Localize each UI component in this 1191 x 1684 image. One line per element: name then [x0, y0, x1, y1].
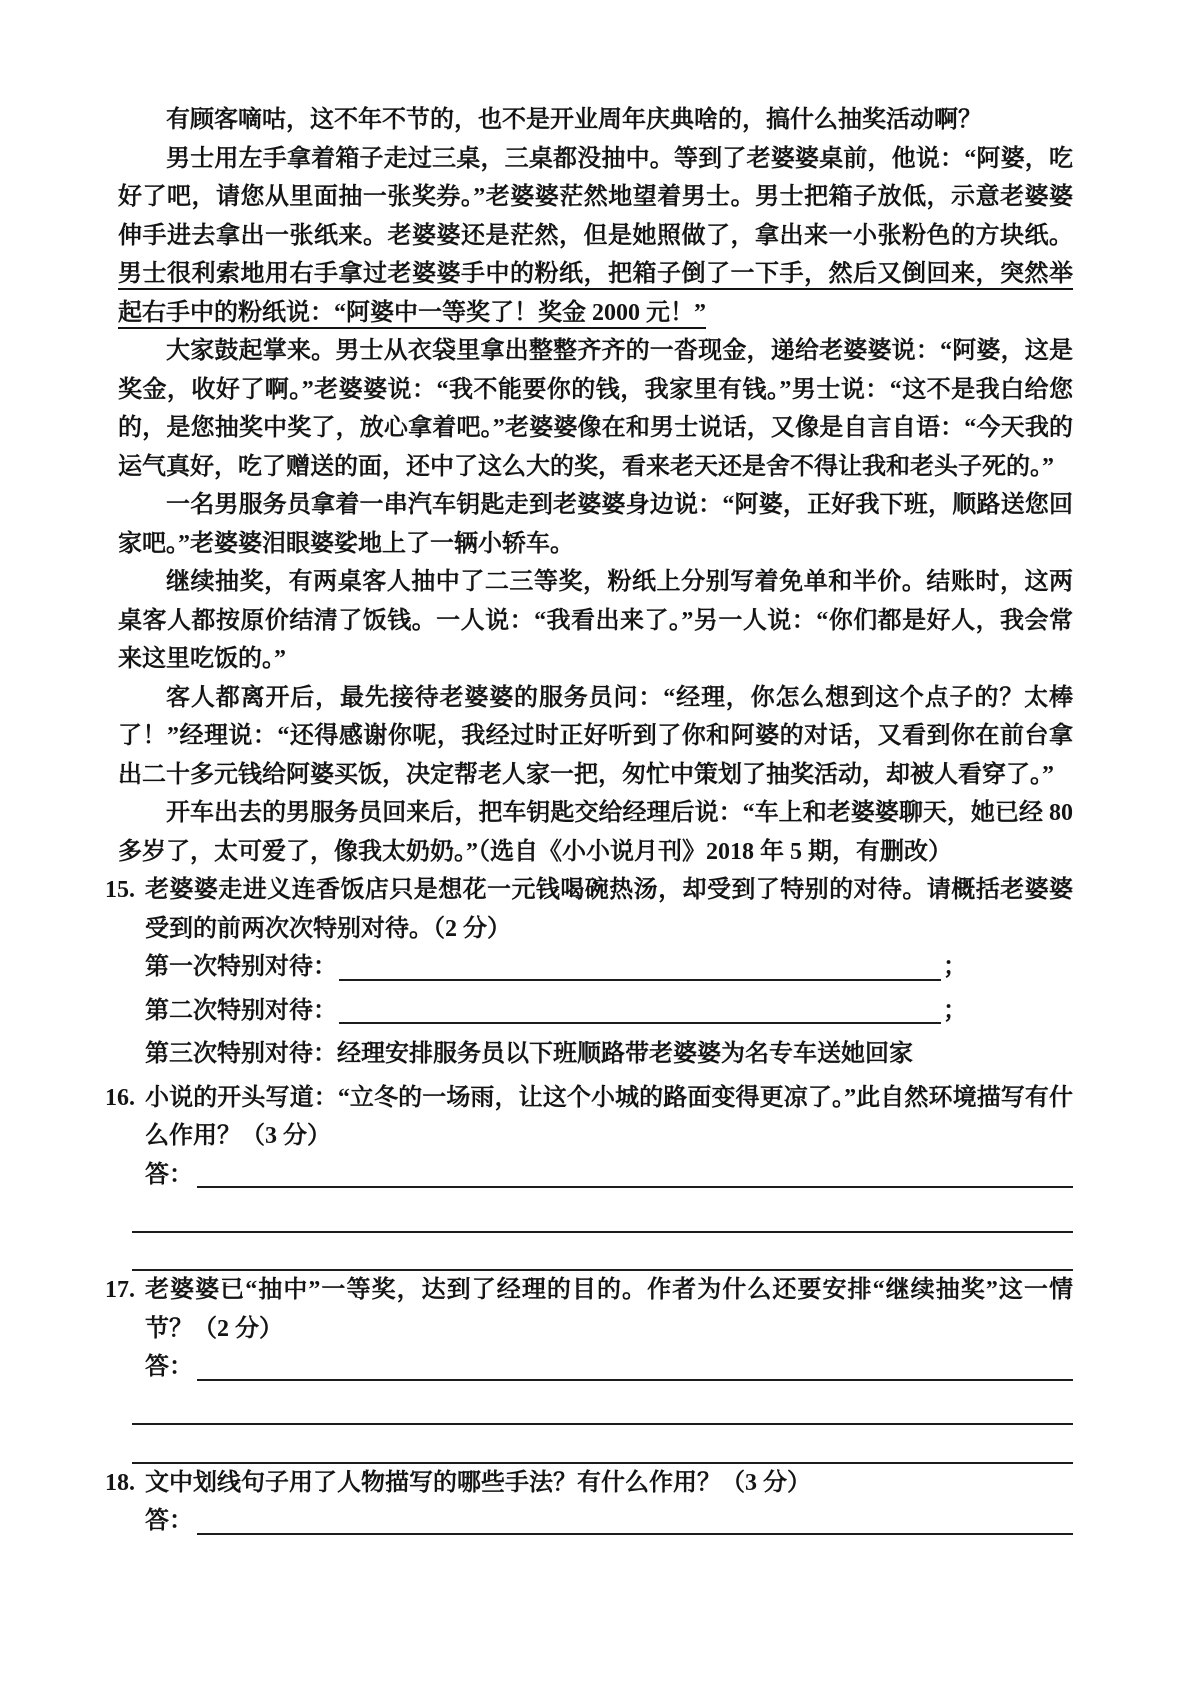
q15-fill-3-label: 第三次特别对待：	[145, 1035, 337, 1074]
q15-fill-1-label: 第一次特别对待：	[145, 948, 337, 987]
q15-fill-2-label: 第二次特别对待：	[145, 992, 337, 1031]
q15-fill-row-2: 第二次特别对待： ；	[145, 992, 967, 1031]
paragraph-text: 男士用左手拿着箱子走过三桌，三桌都没抽中。等到了老婆婆桌前，他说：“阿婆，吃好了…	[118, 146, 1073, 249]
question-18-stem: 18.文中划线句子用了人物描写的哪些手法？有什么作用？（3 分）	[118, 1464, 1073, 1503]
passage-paragraph: 开车出去的男服务员回来后，把车钥匙交给经理后说：“车上和老婆婆聊天，她已经 80…	[118, 794, 1073, 871]
paragraph-text: 一名男服务员拿着一串汽车钥匙走到老婆婆身边说：“阿婆，正好我下班，顺路送您回家吧…	[118, 492, 1073, 557]
question-18: 18.文中划线句子用了人物描写的哪些手法？有什么作用？（3 分） 答：	[118, 1464, 1073, 1541]
q16-answer-blank	[197, 1156, 1073, 1189]
passage-paragraph: 大家鼓起掌来。男士从衣袋里拿出整整齐齐的一沓现金，递给老婆婆说：“阿婆，这是奖金…	[118, 332, 1073, 486]
question-16-text: 小说的开头写道：“立冬的一场雨，让这个小城的路面变得更凉了。”此自然环境描写有什…	[145, 1085, 1073, 1150]
q17-answer-label: 答：	[145, 1348, 193, 1387]
question-17: 17.老婆婆已“抽中”一等奖，达到了经理的目的。作者为什么还要安排“继续抽奖”这…	[118, 1271, 1073, 1464]
question-16: 16.小说的开头写道：“立冬的一场雨，让这个小城的路面变得更凉了。”此自然环境描…	[118, 1079, 1073, 1272]
question-16-number: 16.	[105, 1079, 135, 1118]
q17-answer-line	[132, 1425, 1073, 1464]
q15-fill-2-suffix: ；	[943, 992, 967, 1031]
passage-paragraph: 男士用左手拿着箱子走过三桌，三桌都没抽中。等到了老婆婆桌前，他说：“阿婆，吃好了…	[118, 140, 1073, 333]
reading-passage: 有顾客嘀咕，这不年不节的，也不是开业周年庆典啥的，搞什么抽奖活动啊？ 男士用左手…	[118, 101, 1073, 871]
paragraph-text: 有顾客嘀咕，这不年不节的，也不是开业周年庆典啥的，搞什么抽奖活动啊？	[166, 107, 982, 133]
paragraph-text: 继续抽奖，有两桌客人抽中了二三等奖，粉纸上分别写着免单和半价。结账时，这两桌客人…	[118, 569, 1073, 672]
q15-fill-row-3: 第三次特别对待： 经理安排服务员以下班顺路带老婆婆为名专车送她回家	[145, 1035, 967, 1074]
q15-fill-row-1: 第一次特别对待： ；	[145, 948, 967, 987]
underlined-sentence: 男士很利索地用右手拿过老婆婆手中的粉纸，把箱子倒了一下手，然后又倒回来，突然举起…	[118, 261, 1073, 326]
paragraph-text: 开车出去的男服务员回来后，把车钥匙交给经理后说：“车上和老婆婆聊天，她已经 80…	[118, 800, 1073, 865]
question-17-number: 17.	[105, 1271, 135, 1310]
exam-page: 有顾客嘀咕，这不年不节的，也不是开业周年庆典啥的，搞什么抽奖活动啊？ 男士用左手…	[118, 101, 1073, 1541]
q18-answer-label: 答：	[145, 1502, 193, 1541]
q15-fill-2-blank	[339, 992, 941, 1025]
q16-answer-row: 答：	[145, 1156, 1073, 1195]
q17-answer-blank	[197, 1348, 1073, 1381]
passage-paragraph: 有顾客嘀咕，这不年不节的，也不是开业周年庆典啥的，搞什么抽奖活动啊？	[118, 101, 1073, 140]
question-15-stem: 15.老婆婆走进义连香饭店只是想花一元钱喝碗热汤，却受到了特别的对待。请概括老婆…	[118, 871, 1073, 948]
q18-answer-row: 答：	[145, 1502, 1073, 1541]
question-17-text: 老婆婆已“抽中”一等奖，达到了经理的目的。作者为什么还要安排“继续抽奖”这一情节…	[145, 1277, 1073, 1342]
q16-answer-line	[132, 1233, 1073, 1272]
question-18-number: 18.	[105, 1464, 135, 1503]
paragraph-text: 大家鼓起掌来。男士从衣袋里拿出整整齐齐的一沓现金，递给老婆婆说：“阿婆，这是奖金…	[118, 338, 1073, 480]
question-15: 15.老婆婆走进义连香饭店只是想花一元钱喝碗热汤，却受到了特别的对待。请概括老婆…	[118, 871, 1073, 1074]
passage-paragraph: 继续抽奖，有两桌客人抽中了二三等奖，粉纸上分别写着免单和半价。结账时，这两桌客人…	[118, 563, 1073, 679]
q18-answer-blank	[197, 1502, 1073, 1535]
q15-fill-1-blank	[339, 948, 941, 981]
passage-paragraph: 客人都离开后，最先接待老婆婆的服务员问：“经理，你怎么想到这个点子的？太棒了！”…	[118, 679, 1073, 795]
q16-answer-label: 答：	[145, 1156, 193, 1195]
passage-paragraph: 一名男服务员拿着一串汽车钥匙走到老婆婆身边说：“阿婆，正好我下班，顺路送您回家吧…	[118, 486, 1073, 563]
q15-fill-3-answer: 经理安排服务员以下班顺路带老婆婆为名专车送她回家	[337, 1035, 913, 1074]
q16-answer-line	[132, 1194, 1073, 1233]
q17-answer-row: 答：	[145, 1348, 1073, 1387]
question-16-stem: 16.小说的开头写道：“立冬的一场雨，让这个小城的路面变得更凉了。”此自然环境描…	[118, 1079, 1073, 1156]
q17-answer-line	[132, 1387, 1073, 1426]
question-15-text: 老婆婆走进义连香饭店只是想花一元钱喝碗热汤，却受到了特别的对待。请概括老婆婆受到…	[145, 877, 1073, 942]
question-15-number: 15.	[105, 871, 135, 910]
question-17-stem: 17.老婆婆已“抽中”一等奖，达到了经理的目的。作者为什么还要安排“继续抽奖”这…	[118, 1271, 1073, 1348]
q15-fill-1-suffix: ；	[943, 948, 967, 987]
paragraph-text: 客人都离开后，最先接待老婆婆的服务员问：“经理，你怎么想到这个点子的？太棒了！”…	[118, 685, 1073, 788]
question-18-text: 文中划线句子用了人物描写的哪些手法？有什么作用？（3 分）	[145, 1470, 811, 1496]
